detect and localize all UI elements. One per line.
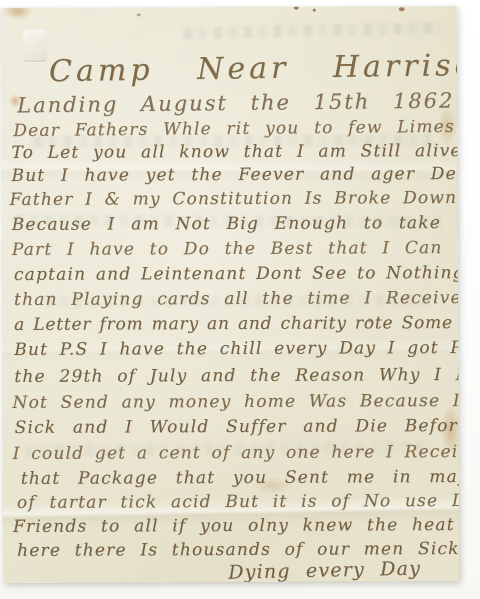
embossed-seal — [23, 30, 47, 62]
letter-line: the 29th of July and the Reason Why I Di… — [14, 365, 459, 387]
letter-line: than Playing cards all the time I Receiv… — [14, 288, 459, 310]
letter-line: that Package that you Sent me in may — [21, 467, 459, 489]
letter-line: To Let you all know that I am Still aliv… — [11, 141, 459, 163]
letter-line: But P.S I have the chill every Day I got… — [14, 338, 459, 360]
letter-line: of tartar tick acid But it is of No use … — [17, 491, 459, 513]
letter-line: Not Send any money home Was Because I Wa… — [12, 391, 459, 413]
foxing-speck — [137, 13, 141, 16]
foxing-speck — [399, 7, 405, 11]
letter-line-closing: Dying every Day — [228, 557, 421, 583]
letter-photograph: Camp Near Harrisons Landing August the 1… — [0, 0, 480, 599]
letter-line: But I have yet the Feever and ager Dear — [11, 164, 459, 186]
letter-line: Part I have to Do the Best that I Can th… — [12, 238, 459, 260]
letter-line: Dear Fathers Whle rit you to few Limes — [13, 117, 455, 141]
foxing-speck — [294, 6, 299, 10]
letter-paper: Camp Near Harrisons Landing August the 1… — [1, 6, 460, 583]
letter-line: Father I & my Constitution Is Broke Down… — [10, 188, 460, 210]
letter-line: Because I am Not Big Enough to take my — [12, 213, 460, 235]
letter-line-dateline: Landing August the 15th 1862 — [17, 88, 454, 117]
foxing-speck — [313, 9, 316, 12]
letter-line: Sick and I Would Suffer and Die Before — [15, 416, 460, 438]
ink-bleed-through — [181, 22, 441, 40]
stain — [3, 6, 33, 20]
letter-line: a Letter from mary an and charity rote S… — [14, 313, 459, 335]
letter-line-heading: Camp Near Harrisons — [49, 47, 459, 89]
letter-line: I could get a cent of any one here I Rec… — [13, 442, 460, 464]
letter-line: captain and Leintenant Dont See to Nothi… — [14, 263, 459, 285]
letter-line: Friends to all if you olny knew the heat… — [13, 515, 459, 537]
